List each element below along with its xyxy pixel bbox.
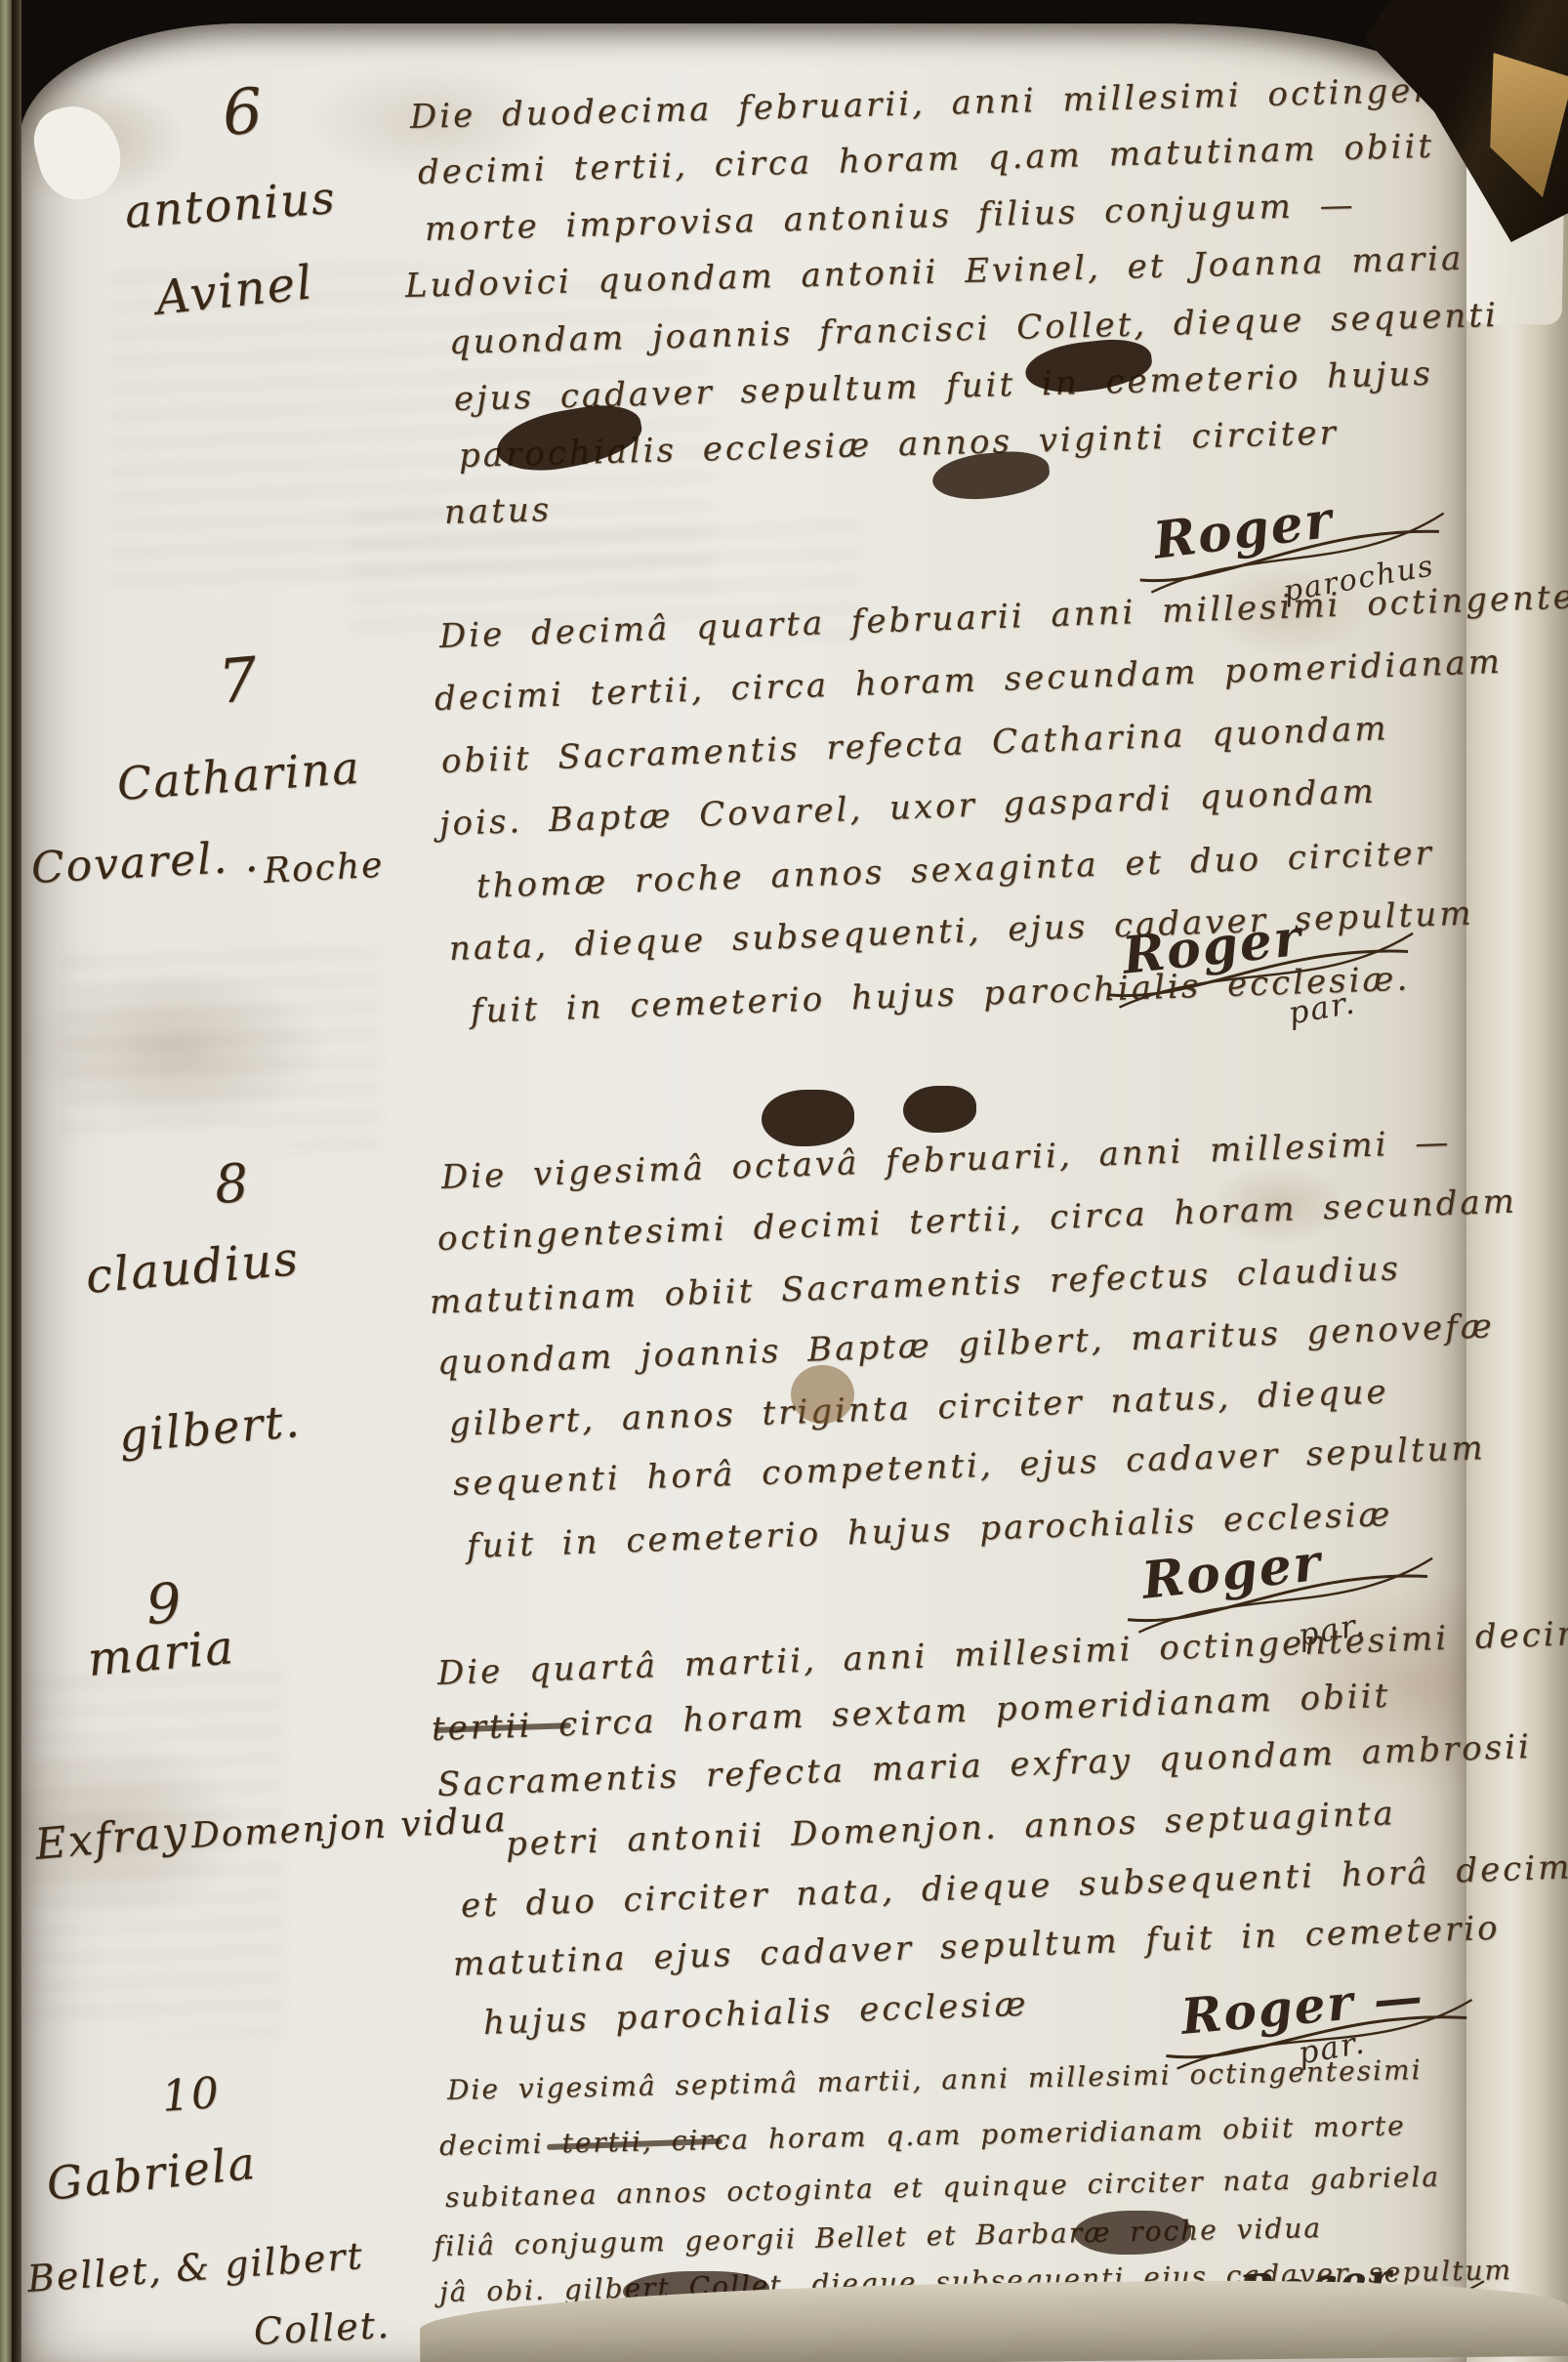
margin-name: Catharina [115,741,362,810]
manuscript-line: decimi tertii, circa horam q.am pomeridi… [439,2109,1406,2162]
ink-blot [930,448,1052,503]
priest-signature: Roger [1150,490,1337,571]
margin-entry-number: 9 [144,1571,186,1637]
margin-entry-number: 6 [220,75,267,150]
manuscript-line: gilbert, annos triginta circiter natus, … [448,1372,1389,1444]
manuscript-line: jois. Baptæ Covarel, uxor gaspardi quond… [438,771,1377,843]
manuscript-line: matutina ejus cadaver sepultum fuit in c… [452,1909,1501,1984]
manuscript-line: obiit Sacramentis refecta Catharina quon… [440,709,1389,781]
show-through-smudge [29,1664,283,2035]
signature-flourish [1119,1548,1445,1639]
paper-tear [27,97,130,207]
manuscript-line: petri antonii Domenjon. annos septuagint… [505,1794,1396,1864]
signature-flourish [1158,1989,1484,2076]
manuscript-line: decimi tertii, circa horam secundam pome… [433,642,1503,719]
show-through-smudge [351,512,859,639]
manuscript-line: Die quartâ martii, anni millesimi octing… [436,1613,1568,1693]
manuscript-line: Die vigesimâ septimâ martii, anni milles… [447,2053,1423,2106]
manuscript-line: decimi tertii, circa horam q.am matutina… [417,127,1434,192]
signature-text: Roger [1139,1533,1325,1611]
manuscript-line: Sacramentis refecta maria exfray quondam… [436,1727,1532,1804]
signature-flourish [1099,923,1425,1015]
manuscript-line: quondam joannis Baptæ gilbert, maritus g… [436,1306,1495,1383]
ink-blot [1074,2211,1191,2255]
manuscript-line: fuit in cemeterio hujus parochialis eccl… [470,959,1411,1031]
margin-name: Roche [263,846,385,891]
margin-entry-number: 7 [216,643,263,718]
margin-name: Collet. [253,2303,392,2353]
margin-name: Gabriela [44,2136,259,2211]
ink-blot [1023,335,1155,396]
manuscript-line: tertii circa horam sextam pomeridianam o… [431,1677,1391,1749]
signature-title: par. [1286,983,1359,1031]
signature-title: par. [1296,1605,1369,1653]
margin-name: antonius [123,171,338,238]
signature-text: Roger [1120,908,1305,986]
ink-blot [762,1090,854,1146]
signature-title: parochus [1281,549,1437,609]
priest-signature: Roger — [1178,1967,1426,2046]
binding-gutter-shadow [12,0,21,2362]
priest-signature: Roger [1120,908,1305,986]
margin-entry-number: 8 [213,1152,253,1216]
register-page-scan: 6 antonius Avinel Die duodecima februari… [0,0,1568,2362]
foxing-spot [791,1365,854,1424]
manuscript-line: Die vigesimâ octavâ februarii, anni mill… [440,1123,1452,1197]
margin-name: claudius [84,1231,302,1305]
signature-text: Roger — [1178,1967,1426,2046]
manuscript-line: matutinam obiit Sacramentis refectus cla… [429,1249,1401,1322]
manuscript-line: sequenti horâ competenti, ejus cadaver s… [452,1429,1486,1504]
margin-entry-number: 10 [160,2068,222,2122]
margin-name: Bellet, & gilbert [25,2234,365,2300]
manuscript-page: 6 antonius Avinel Die duodecima februari… [20,23,1466,2362]
signature-text: Roger [1150,490,1337,571]
manuscript-line: morte improvisa antonius filius conjugum… [424,186,1356,249]
manuscript-line: octingentesimi decimi tertii, circa hora… [436,1181,1517,1259]
margin-name: gilbert. [117,1394,304,1463]
manuscript-line: subitanea annos octoginta et quinque cir… [445,2161,1441,2214]
manuscript-line: fuit in cemeterio hujus parochialis eccl… [466,1495,1393,1566]
manuscript-line: nata, dieque subsequenti, ejus cadaver s… [448,893,1474,969]
margin-name: Covarel. . [30,832,262,893]
show-through-smudge [59,951,381,1146]
manuscript-line: et duo circiter nata, dieque subsequenti… [460,1846,1568,1926]
manuscript-line: thomæ roche annos sexaginta et duo circi… [475,834,1434,906]
strike-mark [547,2138,722,2150]
manuscript-line: hujus parochialis ecclesiæ [482,1985,1029,2043]
ink-blot [903,1086,976,1133]
manuscript-line: Die duodecima februarii, anni millesimi … [409,67,1557,137]
priest-signature: Roger [1139,1533,1325,1611]
signature-title: par. [1296,2023,1369,2071]
binding-edge [0,0,12,2362]
signature-flourish [1131,503,1458,601]
strike-mark [434,1722,571,1733]
